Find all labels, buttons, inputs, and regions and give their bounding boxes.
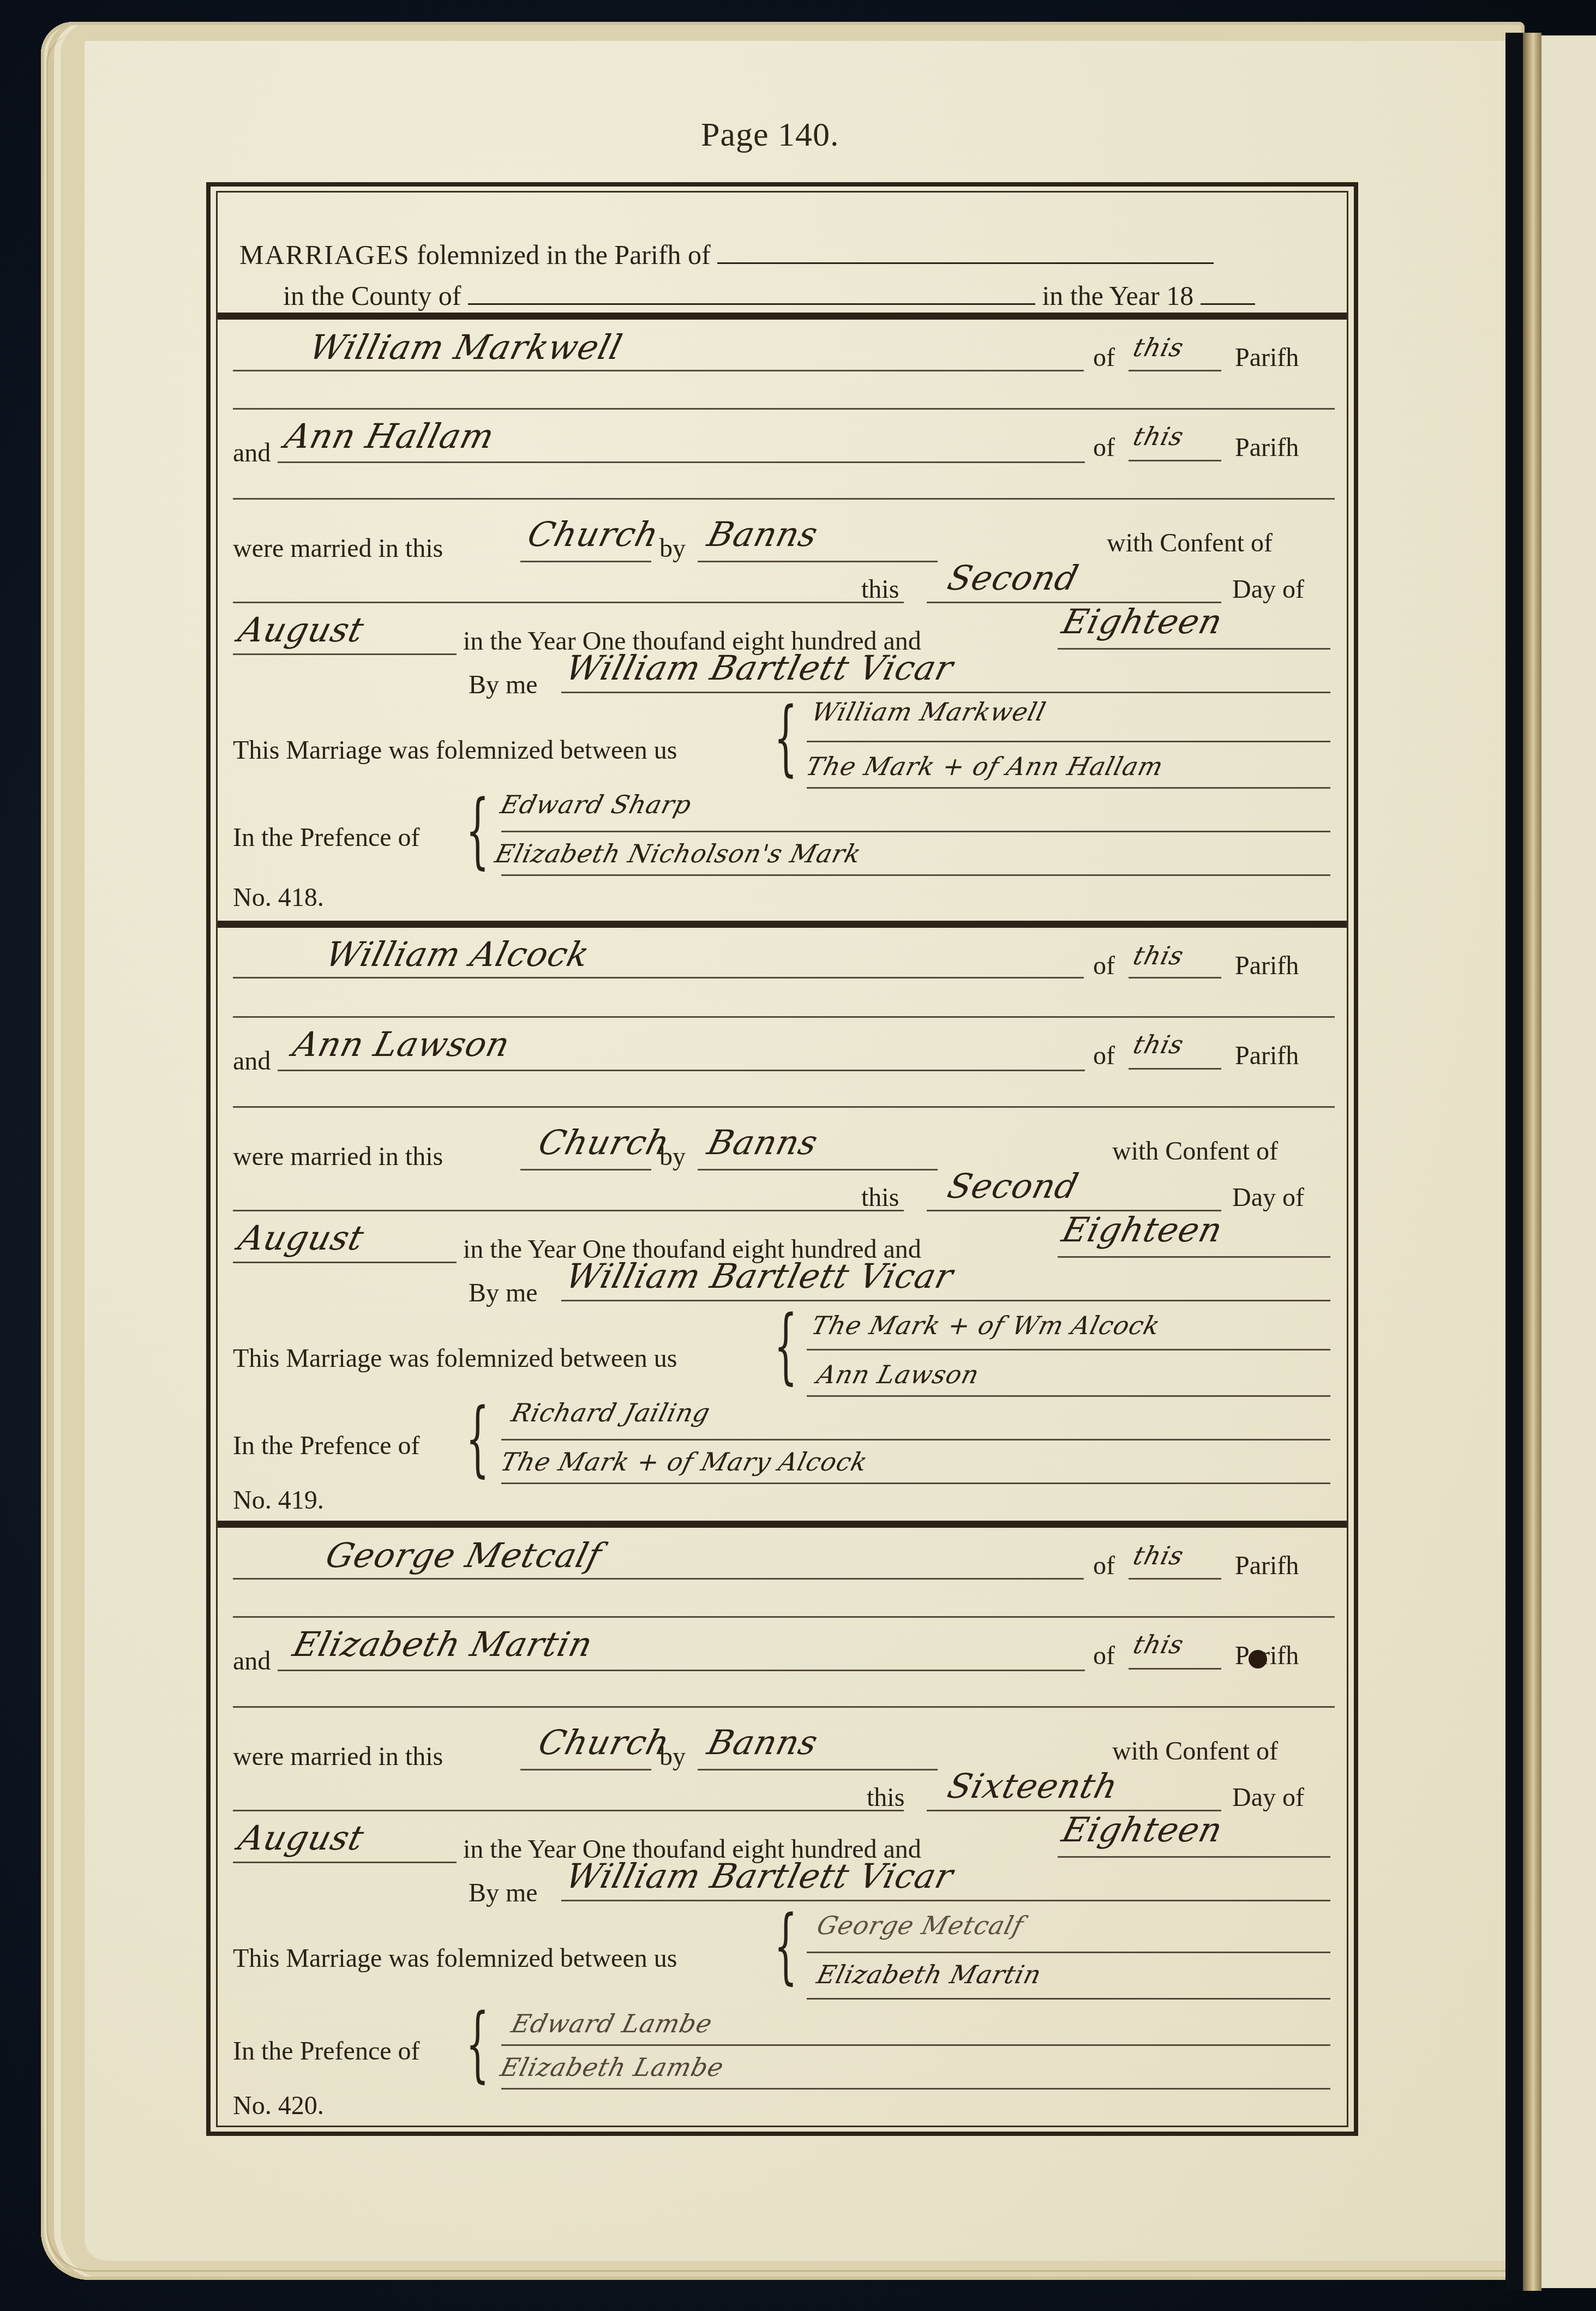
day-of-label: Day of [1232, 574, 1304, 604]
solemnized-label: This Marriage was folemnized between us [233, 735, 677, 765]
signature-1: William Markwell [808, 697, 1049, 727]
marriage-entry-420: George Metcalf of this Parifh and Elizab… [218, 1529, 1347, 2123]
signature-2: The Mark + of Ann Hallam [803, 752, 1166, 781]
bride-parish: this [1130, 1030, 1187, 1059]
county-blank [468, 276, 1035, 305]
groom-parish: this [1130, 1541, 1187, 1570]
entry-number: No. 418. [233, 883, 324, 913]
month: August [235, 1218, 368, 1258]
header-line-2: in the County of in the Year 18 [283, 276, 1255, 311]
month: August [235, 610, 368, 650]
witness-2: The Mark + of Mary Alcock [497, 1447, 871, 1476]
entry-divider [218, 921, 1347, 928]
groom-name: William Markwell [305, 327, 627, 367]
solemnized-label: This Marriage was folemnized between us [233, 1943, 677, 1973]
groom-name: William Alcock [322, 934, 594, 974]
day-of-label: Day of [1232, 1782, 1304, 1812]
of-label: of [1093, 1551, 1115, 1581]
by-me-label: By me [469, 670, 538, 700]
witness-line-1 [501, 1439, 1330, 1440]
of-label: of [1093, 951, 1115, 981]
and-label: and [233, 438, 271, 468]
married-in-label: were married in this [233, 533, 443, 563]
groom-line [233, 1578, 1084, 1580]
blank-line [233, 498, 1335, 500]
bride-parish: this [1130, 422, 1187, 451]
entry-divider [218, 1521, 1347, 1528]
this-label: this [861, 574, 899, 604]
parish-label: Parifh [1235, 1551, 1299, 1581]
by-label: by [659, 1742, 686, 1772]
signature-2: Ann Lawson [814, 1360, 982, 1389]
married-in-label: were married in this [233, 1742, 443, 1772]
witness-line-2 [501, 1482, 1330, 1484]
day: Second [944, 558, 1083, 598]
groom-parish-line [1129, 1578, 1221, 1580]
consent-line [233, 1210, 904, 1211]
header-county-label: in the County of [283, 280, 461, 311]
bride-name: Ann Lawson [289, 1024, 514, 1064]
bride-parish: this [1130, 1630, 1187, 1659]
day: Second [944, 1166, 1083, 1206]
banns: Banns [704, 1123, 822, 1162]
place-line [520, 561, 651, 562]
and-label: and [233, 1646, 271, 1676]
year-line [1058, 1256, 1330, 1258]
officiant: William Bartlett Vicar [562, 1256, 958, 1296]
header-year-label: in the Year 18 [1042, 280, 1193, 311]
witness-1: Edward Lambe [508, 2009, 716, 2038]
year-blank [1201, 276, 1255, 305]
groom-parish-line [1129, 370, 1221, 371]
signature-2: Elizabeth Martin [814, 1960, 1045, 1989]
witness-2: Elizabeth Nicholson's Mark [492, 839, 864, 868]
consent-label: with Confent of [1112, 1736, 1278, 1766]
by-label: by [659, 533, 686, 563]
month-line [233, 653, 457, 655]
brace: { [774, 1905, 797, 1987]
brace: { [466, 1398, 489, 1480]
parish-blank [717, 235, 1214, 264]
marriage-entry-418: William Markwell of this Parifh and Ann … [218, 321, 1347, 918]
witness-2: Elizabeth Lambe [497, 2052, 727, 2082]
signature-line-1 [807, 1349, 1330, 1350]
day: Sixteenth [944, 1766, 1123, 1806]
year-words: Eighteen [1058, 602, 1227, 641]
officiant-line [561, 1300, 1330, 1301]
officiant: William Bartlett Vicar [562, 1856, 958, 1896]
and-label: and [233, 1046, 271, 1076]
groom-parish-line [1129, 977, 1221, 979]
presence-label: In the Prefence of [233, 2036, 420, 2066]
witness-1: Richard Jailing [508, 1398, 713, 1427]
entry-number: No. 419. [233, 1485, 324, 1515]
parish-label: Parifh [1235, 343, 1299, 373]
consent-label: with Confent of [1112, 1136, 1278, 1166]
place-line [520, 1769, 651, 1770]
signature-line-2 [807, 787, 1330, 789]
signature-line-2 [807, 1998, 1330, 2000]
signature-line-1 [807, 1952, 1330, 1953]
by-line [698, 561, 938, 562]
brace: { [466, 790, 489, 872]
groom-line [233, 977, 1084, 979]
header-line-1: MARRIAGES folemnized in the Parifh of [239, 235, 1214, 271]
blank-line [233, 1616, 1335, 1618]
blank-line [233, 1106, 1335, 1108]
header-parish-label: folemnized in the Parifh of [417, 239, 711, 270]
bride-line [278, 461, 1085, 463]
month-line [233, 1862, 457, 1863]
register-frame-inner: MARRIAGES folemnized in the Parifh of in… [216, 191, 1348, 2127]
facing-page-edge [1541, 35, 1596, 2288]
groom-parish: this [1130, 941, 1187, 970]
place: Church [535, 1722, 674, 1762]
witness-line-1 [501, 2044, 1330, 2046]
witness-line-2 [501, 874, 1330, 876]
signature-1: The Mark + of Wm Alcock [808, 1311, 1163, 1340]
married-in-label: were married in this [233, 1142, 443, 1172]
groom-parish: this [1130, 333, 1187, 362]
place: Church [524, 514, 663, 554]
parish-label: Parifh [1235, 1641, 1299, 1671]
officiant-line [561, 692, 1330, 693]
place: Church [535, 1123, 674, 1162]
signature-line-1 [807, 741, 1330, 742]
bride-parish-line [1129, 1668, 1221, 1670]
month: August [235, 1818, 368, 1858]
blank-line [233, 408, 1335, 410]
parish-label: Parifh [1235, 1041, 1299, 1071]
by-label: by [659, 1142, 686, 1172]
banns: Banns [704, 1722, 822, 1762]
of-label: of [1093, 1041, 1115, 1071]
groom-line [233, 370, 1084, 371]
blank-line [233, 1016, 1335, 1018]
place-line [520, 1169, 651, 1170]
signature-line-2 [807, 1395, 1330, 1397]
brace: { [774, 697, 797, 779]
brace: { [774, 1305, 797, 1387]
bride-name: Elizabeth Martin [289, 1624, 597, 1664]
this-label: this [867, 1782, 904, 1812]
entry-number: No. 420. [233, 2091, 324, 2121]
header-divider [218, 313, 1347, 320]
groom-name: George Metcalf [322, 1535, 606, 1575]
presence-label: In the Prefence of [233, 1431, 420, 1461]
consent-line [233, 1810, 904, 1811]
bride-line [278, 1070, 1085, 1071]
signature-1: George Metcalf [814, 1911, 1027, 1940]
solemnized-label: This Marriage was folemnized between us [233, 1343, 677, 1373]
witness-1: Edward Sharp [497, 790, 694, 819]
ink-blot [1249, 1650, 1267, 1668]
year-words: Eighteen [1058, 1810, 1227, 1850]
register-frame: MARRIAGES folemnized in the Parifh of in… [206, 182, 1358, 2136]
officiant: William Bartlett Vicar [562, 648, 958, 688]
blank-line [233, 1706, 1335, 1708]
bride-line [278, 1670, 1085, 1671]
binding-thread [1523, 33, 1541, 2291]
bride-parish-line [1129, 460, 1221, 461]
parish-label: Parifh [1235, 433, 1299, 463]
witness-line-2 [501, 2088, 1330, 2090]
year-line [1058, 648, 1330, 650]
presence-label: In the Prefence of [233, 823, 420, 853]
of-label: of [1093, 343, 1115, 373]
by-line [698, 1169, 938, 1170]
this-label: this [861, 1182, 899, 1212]
by-me-label: By me [469, 1278, 538, 1308]
bride-parish-line [1129, 1068, 1221, 1070]
year-line [1058, 1856, 1330, 1858]
header-title: MARRIAGES [239, 239, 410, 270]
register-header: MARRIAGES folemnized in the Parifh of in… [239, 224, 1330, 306]
year-words: Eighteen [1058, 1210, 1227, 1250]
brace: { [466, 2003, 489, 2085]
of-label: of [1093, 1641, 1115, 1671]
marriage-entry-419: William Alcock of this Parifh and Ann La… [218, 929, 1347, 1518]
by-line [698, 1769, 938, 1770]
consent-line [233, 602, 904, 603]
day-of-label: Day of [1232, 1182, 1304, 1212]
of-label: of [1093, 433, 1115, 463]
parish-label: Parifh [1235, 951, 1299, 981]
bride-name: Ann Hallam [281, 416, 499, 456]
consent-label: with Confent of [1107, 528, 1273, 558]
witness-line-1 [501, 831, 1330, 832]
by-me-label: By me [469, 1878, 538, 1908]
page-number: Page 140. [701, 116, 839, 154]
officiant-line [561, 1900, 1330, 1901]
banns: Banns [704, 514, 822, 554]
month-line [233, 1262, 457, 1263]
